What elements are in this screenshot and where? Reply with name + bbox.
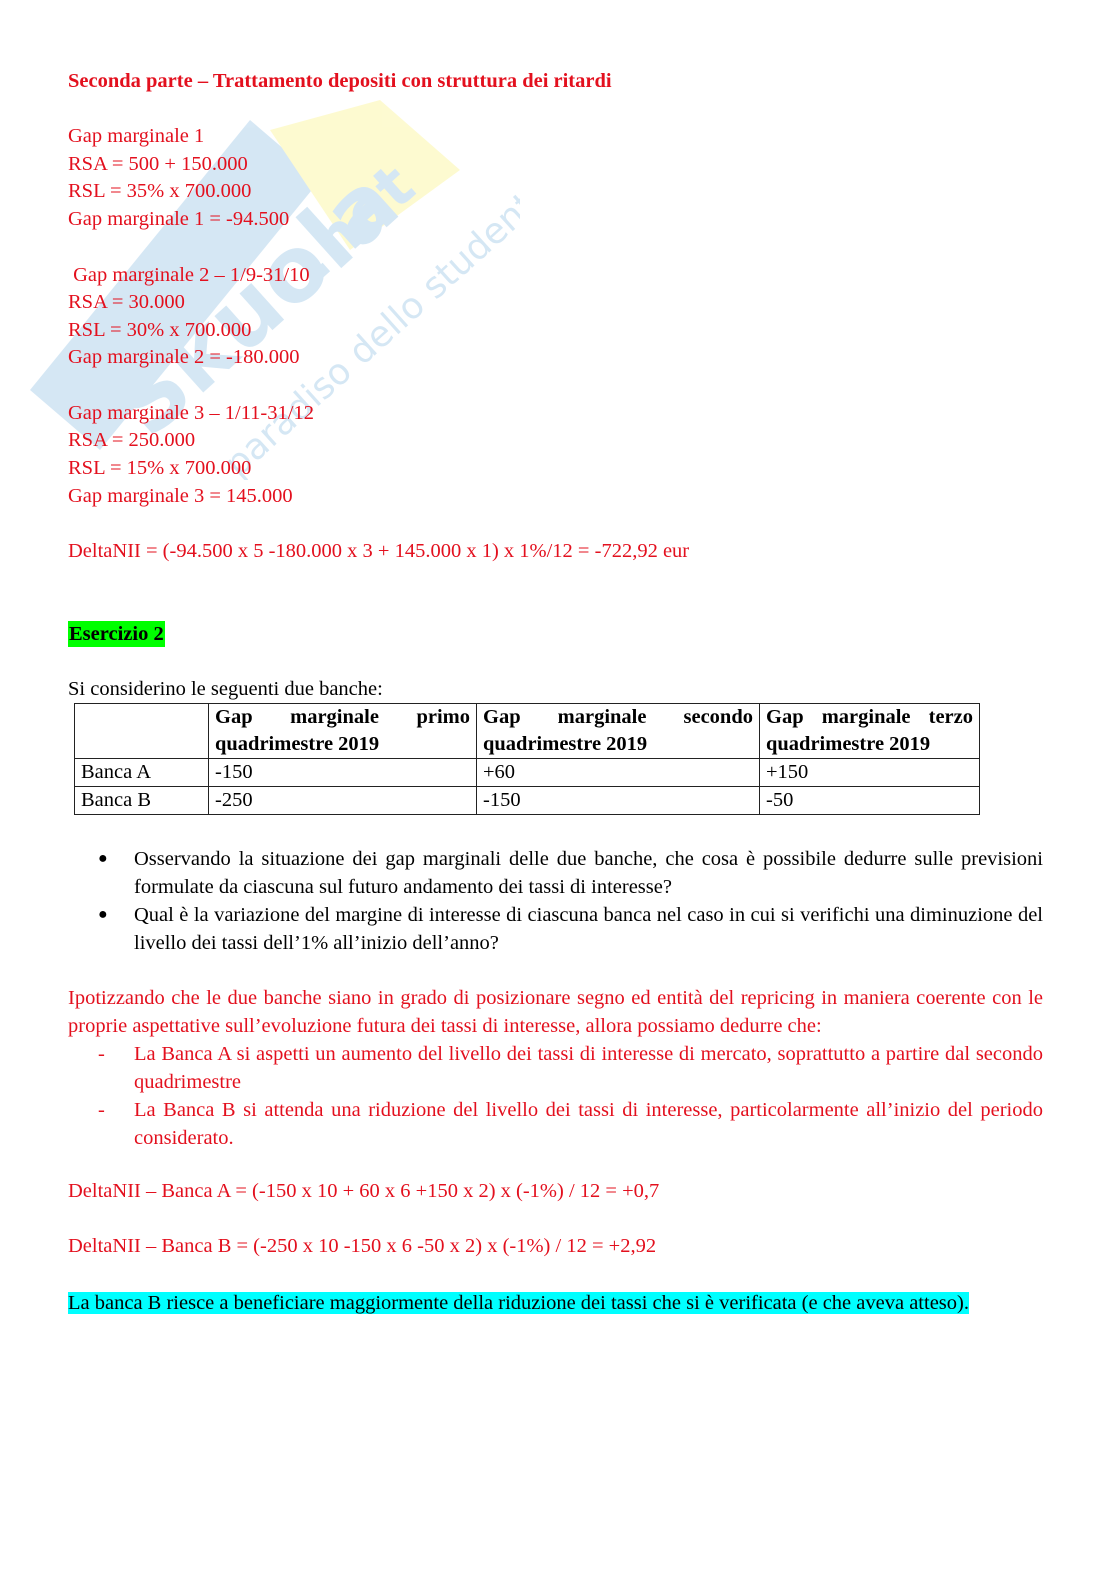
answer-point: - La Banca A si aspetti un aumento del l… bbox=[68, 1040, 1043, 1096]
table-cell-bank: Banca A bbox=[75, 759, 209, 787]
gap-table: Gapmarginaleprimo quadrimestre 2019 Gapm… bbox=[74, 703, 980, 815]
gap2-result: Gap marginale 2 = -180.000 bbox=[68, 344, 300, 371]
question-list: ● Osservando la situazione dei gap margi… bbox=[98, 845, 1043, 957]
exercise-intro: Si considerino le seguenti due banche: bbox=[68, 676, 383, 703]
delta-nii-bank-b: DeltaNII – Banca B = (-250 x 10 -150 x 6… bbox=[68, 1233, 656, 1260]
table-cell: +60 bbox=[477, 759, 760, 787]
conclusion: La banca B riesce a beneficiare maggiorm… bbox=[68, 1289, 980, 1317]
gap3-heading: Gap marginale 3 – 1/11-31/12 bbox=[68, 400, 314, 427]
answer-intro: Ipotizzando che le due banche siano in g… bbox=[68, 984, 1043, 1040]
gap3-result: Gap marginale 3 = 145.000 bbox=[68, 483, 293, 510]
delta-nii-section1: DeltaNII = (-94.500 x 5 -180.000 x 3 + 1… bbox=[68, 538, 689, 565]
gap1-rsa: RSA = 500 + 150.000 bbox=[68, 151, 248, 178]
table-header-empty bbox=[75, 704, 209, 759]
table-row: Banca B -250 -150 -50 bbox=[75, 787, 980, 815]
conclusion-highlight: La banca B riesce a beneficiare maggiorm… bbox=[68, 1292, 969, 1314]
table-cell: -150 bbox=[477, 787, 760, 815]
table-cell: -50 bbox=[760, 787, 980, 815]
dash-icon: - bbox=[68, 1040, 134, 1096]
exercise-title: Esercizio 2 bbox=[68, 621, 165, 648]
table-cell: -150 bbox=[209, 759, 477, 787]
gap3-rsl: RSL = 15% x 700.000 bbox=[68, 455, 251, 482]
bullet-icon: ● bbox=[98, 901, 134, 957]
table-cell-bank: Banca B bbox=[75, 787, 209, 815]
table-cell: -250 bbox=[209, 787, 477, 815]
gap2-rsa: RSA = 30.000 bbox=[68, 289, 185, 316]
gap1-result: Gap marginale 1 = -94.500 bbox=[68, 206, 289, 233]
table-header-third-quarter: Gapmarginaleterzo quadrimestre 2019 bbox=[760, 704, 980, 759]
delta-nii-bank-a: DeltaNII – Banca A = (-150 x 10 + 60 x 6… bbox=[68, 1178, 659, 1205]
question-item: ● Qual è la variazione del margine di in… bbox=[98, 901, 1043, 957]
gap1-heading: Gap marginale 1 bbox=[68, 123, 204, 150]
table-header-first-quarter: Gapmarginaleprimo quadrimestre 2019 bbox=[209, 704, 477, 759]
gap1-rsl: RSL = 35% x 700.000 bbox=[68, 178, 251, 205]
gap2-rsl: RSL = 30% x 700.000 bbox=[68, 317, 251, 344]
table-cell: +150 bbox=[760, 759, 980, 787]
answer-point: - La Banca B si attenda una riduzione de… bbox=[68, 1096, 1043, 1152]
table-row: Banca A -150 +60 +150 bbox=[75, 759, 980, 787]
gap3-rsa: RSA = 250.000 bbox=[68, 427, 195, 454]
exercise-title-highlight: Esercizio 2 bbox=[68, 621, 165, 647]
question-item: ● Osservando la situazione dei gap margi… bbox=[98, 845, 1043, 901]
table-header-row: Gapmarginaleprimo quadrimestre 2019 Gapm… bbox=[75, 704, 980, 759]
dash-icon: - bbox=[68, 1096, 134, 1152]
section-title: Seconda parte – Trattamento depositi con… bbox=[68, 68, 612, 95]
bullet-icon: ● bbox=[98, 845, 134, 901]
answer-section: Ipotizzando che le due banche siano in g… bbox=[68, 984, 1043, 1152]
table-header-second-quarter: Gapmarginalesecondo quadrimestre 2019 bbox=[477, 704, 760, 759]
gap2-heading: Gap marginale 2 – 1/9-31/10 bbox=[68, 262, 310, 289]
